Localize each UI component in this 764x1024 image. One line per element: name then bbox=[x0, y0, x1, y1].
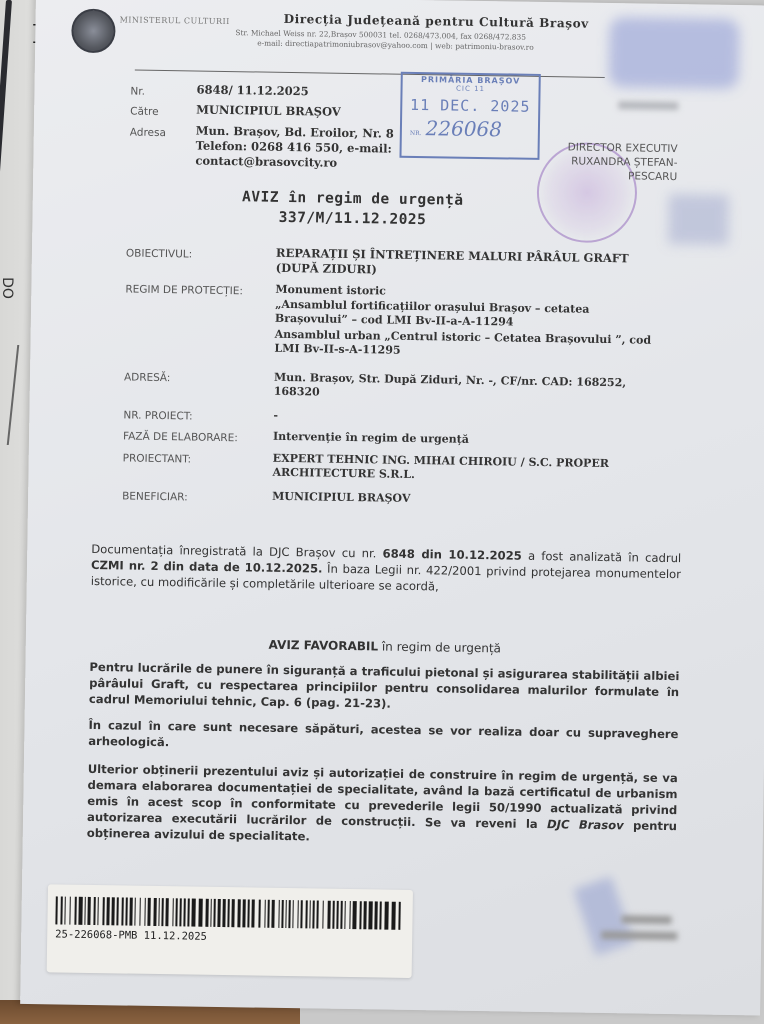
barcode-text: 25-226068-PMB 11.12.2025 bbox=[55, 928, 207, 942]
intro-commission: CZMI nr. 2 din data de 10.12.2025. bbox=[91, 558, 323, 576]
field-value-nr-proiect: - bbox=[273, 409, 663, 429]
barcode-icon bbox=[55, 896, 405, 929]
favorable-rest: în regim de urgență bbox=[378, 639, 501, 655]
institution-name: Direcția Județeană pentru Cultură Brașov bbox=[284, 12, 589, 31]
paragraph-excavations: În cazul în care sunt necesare săpături,… bbox=[88, 717, 678, 758]
field-label-faza: FAZĂ DE ELABORARE: bbox=[123, 430, 263, 444]
field-label-regim: REGIM DE PROTECȚIE: bbox=[125, 283, 265, 297]
redacted-text-blur-2 bbox=[621, 915, 671, 924]
field-label-nr-proiect: NR. PROIECT: bbox=[123, 409, 263, 423]
signatory-title: DIRECTOR EXECUTIV bbox=[548, 140, 678, 156]
stamp-number-value: 226068 bbox=[425, 116, 502, 141]
stamp-number-label: NR. bbox=[410, 130, 422, 137]
stamp-number: NR.226068 bbox=[402, 116, 538, 142]
title-line-2: 337/M/11.12.2025 bbox=[182, 206, 522, 231]
field-value-proiectant: EXPERT TEHNIC ING. MIHAI CHIROIU / S.C. … bbox=[272, 452, 662, 486]
redacted-text-blur-3 bbox=[601, 931, 677, 940]
field-value-regim-2: „Ansamblul fortificațiilor orașului Braș… bbox=[275, 298, 665, 332]
field-value-obiectiv: REPARAȚII ȘI ÎNTREȚINERE MALURI PÂRÂUL G… bbox=[276, 246, 666, 282]
further-steps-djc: DJC Brasov bbox=[547, 817, 624, 832]
field-label-proiectant: PROIECTANT: bbox=[123, 452, 263, 466]
coat-of-arms-icon bbox=[71, 9, 116, 54]
signatory-block: DIRECTOR EXECUTIV RUXANDRA ȘTEFAN- PESCA… bbox=[547, 140, 678, 184]
ministry-label: MINISTERUL CULTURII bbox=[120, 15, 230, 26]
catre-label: Către bbox=[130, 105, 159, 117]
background-sheet-side-text: DO bbox=[0, 277, 15, 299]
registration-stamp: PRIMĂRIA BRAȘOV CIC 11 11 DEC. 2025 NR.2… bbox=[399, 72, 540, 160]
nr-label: Nr. bbox=[130, 85, 145, 97]
paragraph-further-steps: Ulterior obținerii prezentului aviz și a… bbox=[87, 761, 678, 850]
document-title: AVIZ în regim de urgență 337/M/11.12.202… bbox=[182, 186, 523, 231]
catre-value: MUNICIPIUL BRAȘOV bbox=[196, 103, 341, 120]
field-value-beneficiar: MUNICIPIUL BRAȘOV bbox=[272, 490, 662, 510]
favorable-heading: AVIZ FAVORABIL în regim de urgență bbox=[90, 635, 680, 658]
nr-value: 6848/ 11.12.2025 bbox=[196, 83, 308, 100]
field-value-regim-3: Ansamblul urban „Centrul istoric – Cetat… bbox=[274, 328, 664, 362]
field-label-obiectiv: OBIECTIVUL: bbox=[126, 247, 266, 261]
intro-text-2: a fost analizată în cadrul bbox=[522, 549, 682, 566]
intro-registration: 6848 din 10.12.2025 bbox=[382, 547, 521, 563]
favorable-bold: AVIZ FAVORABIL bbox=[269, 638, 379, 654]
field-label-beneficiar: BENEFICIAR: bbox=[122, 490, 262, 504]
adresa-label: Adresa bbox=[130, 126, 166, 139]
intro-paragraph: Documentația înregistrată la DJC Brașov … bbox=[91, 541, 682, 598]
signatory-name-2: PESCARU bbox=[547, 168, 677, 184]
redacted-text-blur bbox=[618, 101, 678, 110]
redacted-signature-blur bbox=[609, 17, 740, 89]
field-value-faza: Intervenție în regim de urgență bbox=[273, 430, 663, 450]
document-page: MINISTERUL CULTURII Direcția Județeană p… bbox=[20, 0, 764, 1015]
stamp-date: 11 DEC. 2025 bbox=[402, 96, 538, 116]
redacted-signature-blur-2 bbox=[668, 194, 729, 245]
field-value-adresa: Mun. Brașov, Str. După Ziduri, Nr. -, CF… bbox=[274, 371, 664, 405]
field-label-adresa: ADRESĂ: bbox=[124, 371, 264, 385]
paragraph-works: Pentru lucrările de punere în siguranță … bbox=[89, 659, 680, 716]
barcode-sticker: 25-226068-PMB 11.12.2025 bbox=[47, 884, 413, 978]
adresa-line-3: contact@brasovcity.ro bbox=[195, 154, 337, 171]
